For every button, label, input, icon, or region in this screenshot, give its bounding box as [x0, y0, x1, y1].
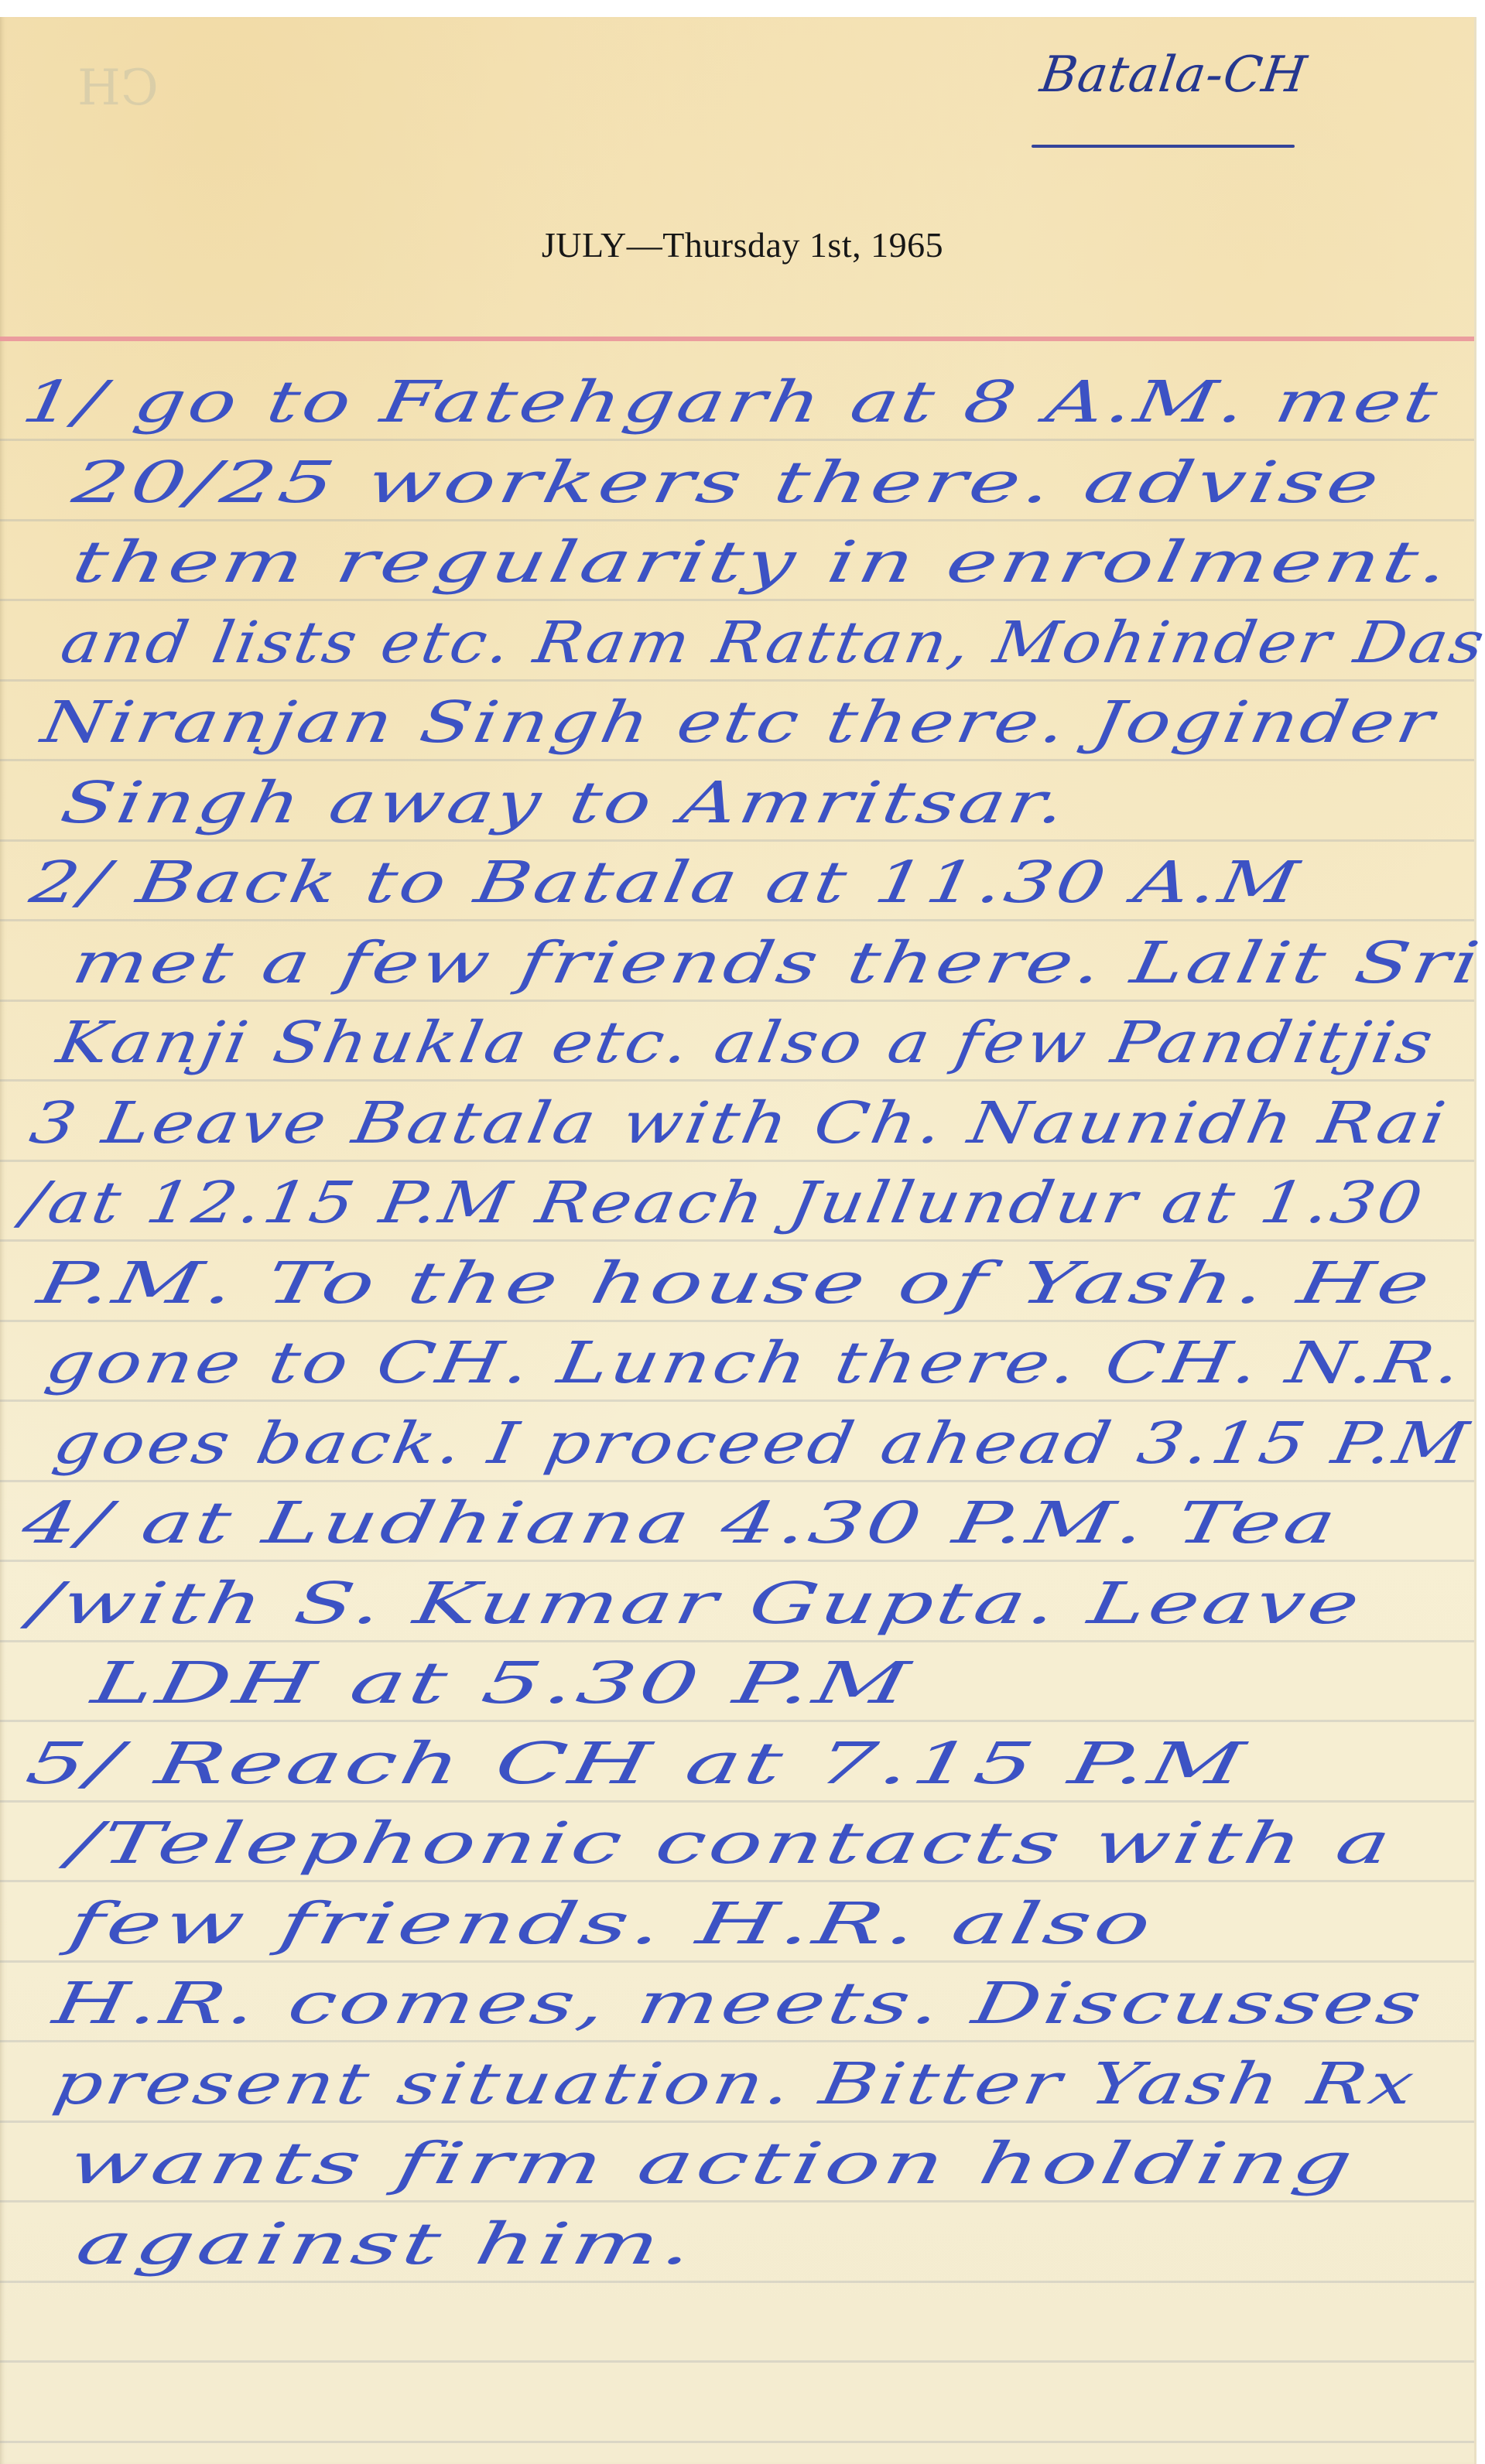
corner-location-label: Batala-CH — [1037, 46, 1310, 104]
ruled-line — [0, 439, 1474, 441]
handwritten-line: 20/25 workers there. advise — [67, 449, 1387, 516]
ruled-line — [0, 1399, 1474, 1402]
ruled-line — [0, 1560, 1474, 1562]
diary-page: CH Batala-CH JULY—Thursday 1st, 1965 1/ … — [0, 17, 1476, 2464]
handwritten-line: 3 Leave Batala with Ch. Naunidh Rai — [25, 1090, 1452, 1157]
ruled-line — [0, 2281, 1474, 2283]
handwritten-line: P.M. To the house of Yash. He — [33, 1250, 1438, 1317]
handwritten-line: them regularity in enrolment. — [67, 529, 1456, 596]
ruled-line — [0, 2441, 1474, 2443]
ruled-line — [0, 2040, 1474, 2042]
handwritten-line: 4/ at Ludhiana 4.30 P.M. Tea — [17, 1490, 1343, 1557]
ruled-line — [0, 519, 1474, 521]
show-through-text: CH — [77, 60, 159, 117]
ruled-line — [0, 1000, 1474, 1002]
handwritten-line: /at 12.15 P.M Reach Jullundur at 1.30 — [17, 1170, 1429, 1236]
ruled-line — [0, 679, 1474, 682]
ruled-line — [0, 1960, 1474, 1963]
handwritten-line: Singh away to Amritsar. — [56, 770, 1073, 836]
ruled-line — [0, 2200, 1474, 2203]
handwritten-line: 5/ Reach CH at 7.15 P.M — [21, 1731, 1253, 1797]
handwritten-line: 2/ Back to Batala at 11.30 A.M — [25, 849, 1305, 916]
ruled-line — [0, 599, 1474, 601]
handwritten-line: wants firm action holding — [63, 2131, 1360, 2197]
ruled-line — [0, 1239, 1474, 1242]
handwritten-line: goes back. I proceed ahead 3.15 P.M — [48, 1410, 1475, 1477]
handwritten-line: Niranjan Singh etc there. Joginder — [36, 689, 1441, 756]
handwritten-line: met a few friends there. Lalit Sri — [67, 930, 1485, 996]
handwritten-line: gone to CH. Lunch there. CH. N.R. — [40, 1330, 1469, 1396]
handwritten-line: few friends. H.R. also — [63, 1891, 1159, 1957]
ruled-line — [0, 1320, 1474, 1322]
ruled-line — [0, 1880, 1474, 1882]
ruled-line — [0, 759, 1474, 761]
ruled-line — [0, 1160, 1474, 1162]
handwritten-line: against him. — [71, 2211, 701, 2278]
handwritten-line: Kanji Shukla etc. also a few Panditjis — [52, 1010, 1440, 1076]
handwritten-line: 1/ go to Fatehgarh at 8 A.M. met — [17, 369, 1445, 436]
handwritten-line: H.R. comes, meets. Discusses — [48, 1970, 1429, 2037]
handwritten-line: /Telephonic contacts with a — [63, 1810, 1398, 1877]
ruled-line — [0, 839, 1474, 842]
red-header-rule — [0, 337, 1474, 341]
ruled-line — [0, 1800, 1474, 1803]
ruled-line — [0, 1720, 1474, 1722]
ruled-line — [0, 919, 1474, 921]
handwritten-line: present situation. Bitter Yash Rx — [48, 2051, 1422, 2117]
handwritten-line: and lists etc. Ram Rattan, Mohinder Das — [56, 610, 1485, 676]
handwritten-line: /with S. Kumar Gupta. Leave — [25, 1570, 1367, 1637]
ruled-line — [0, 1079, 1474, 1082]
corner-label-underline — [1032, 145, 1295, 148]
handwritten-line: LDH at 5.30 P.M — [87, 1650, 917, 1717]
printed-date-heading: JULY—Thursday 1st, 1965 — [0, 224, 1485, 265]
ruled-line — [0, 1640, 1474, 1642]
ruled-line — [0, 2121, 1474, 2123]
ruled-line — [0, 1480, 1474, 1482]
ruled-line — [0, 2360, 1474, 2363]
